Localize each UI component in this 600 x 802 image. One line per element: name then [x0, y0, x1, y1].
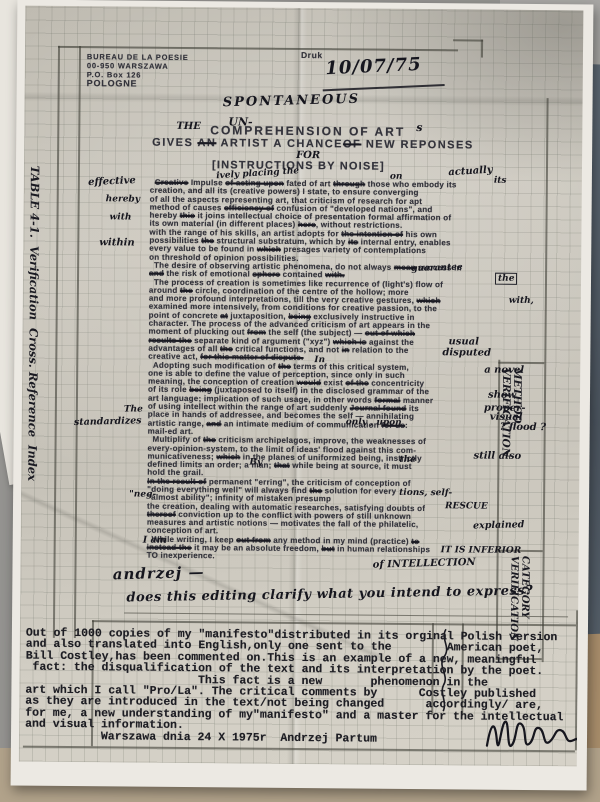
ruled-line [453, 39, 483, 41]
margin-note: on [390, 172, 403, 182]
text-segment: while being at source, it must [290, 461, 412, 471]
handwritten-s-mark: s [416, 121, 422, 134]
margin-note: the [495, 273, 518, 285]
margin-note: hereby [106, 194, 140, 204]
text-segment: OF [343, 138, 361, 150]
handwritten-un: UN- [228, 115, 252, 128]
margin-note: the [399, 455, 416, 465]
margin-note: with [109, 212, 131, 222]
vertical-scribble [435, 627, 456, 713]
text-segment: but [321, 544, 334, 553]
ruled-line [498, 362, 544, 364]
text-segment: NEW REPONSES [361, 139, 474, 152]
ruled-line [481, 40, 483, 58]
margin-note: effective [88, 175, 136, 188]
margin-note: disputed [442, 347, 491, 358]
vertical-label-verification-method: VERIFICATION METHOD [499, 368, 523, 546]
signature [485, 712, 584, 759]
margin-note: "neg- [129, 489, 156, 499]
margin-note: RESCUE [445, 501, 488, 511]
margin-note: In [314, 355, 325, 365]
text-segment: relation to the [349, 345, 408, 355]
text-segment: : [405, 421, 408, 430]
desk-background: m· ntiki zsz·i [0, 0, 600, 802]
handwritten-date: 10/07/75 [325, 54, 422, 79]
margin-note: usual [448, 336, 479, 347]
vertical-label-verification-category: VERIFICATION CATEGORY [508, 556, 531, 666]
text-segment: in [342, 345, 350, 354]
margin-note: only , upon [346, 417, 402, 427]
margin-note: By [249, 458, 262, 468]
text-segment: presages variety of contemplations [281, 245, 426, 255]
margin-note: guarantee [411, 263, 463, 274]
margin-note: I am [143, 535, 167, 546]
margin-note: its [494, 176, 507, 186]
margin-note: tions, self- [399, 488, 452, 498]
margin-note: IT IS INFERIOR [441, 545, 522, 556]
text-segment: and [206, 419, 221, 428]
margin-note: within [99, 237, 134, 248]
text-segment: GIVES [152, 137, 197, 149]
letterhead: BUREAU DE LA POESIE 00-950 WARSZAWA P.O.… [87, 52, 189, 89]
body-text: Creative Impulse of acting upon fated of… [147, 179, 486, 564]
text-segment: AN [197, 137, 216, 149]
text-segment: TO inexperience. [147, 551, 215, 561]
handwritten-for: FOR [296, 150, 320, 161]
document-page: BUREAU DE LA POESIE 00-950 WARSZAWA P.O.… [19, 6, 584, 767]
margin-note: The [124, 404, 143, 414]
druk-label: Druk [301, 50, 323, 60]
bottom-paragraph: Out of 1000 copies of my "manifesto"dist… [25, 628, 564, 747]
text-segment: in human relationships [335, 544, 431, 554]
margin-note: standardizes [74, 415, 142, 428]
letterhead-line: POLOGNE [87, 79, 189, 89]
text-segment: solution for every [322, 486, 396, 496]
handwritten-andrzej: andrzej — [113, 563, 205, 583]
text-segment: ARTIST A CHANCE [216, 137, 343, 150]
handwritten-the: THE [176, 121, 201, 132]
text-segment: that [274, 461, 290, 470]
margin-note: with, [509, 296, 534, 306]
photograph: BUREAU DE LA POESIE 00-950 WARSZAWA P.O.… [11, 0, 594, 790]
